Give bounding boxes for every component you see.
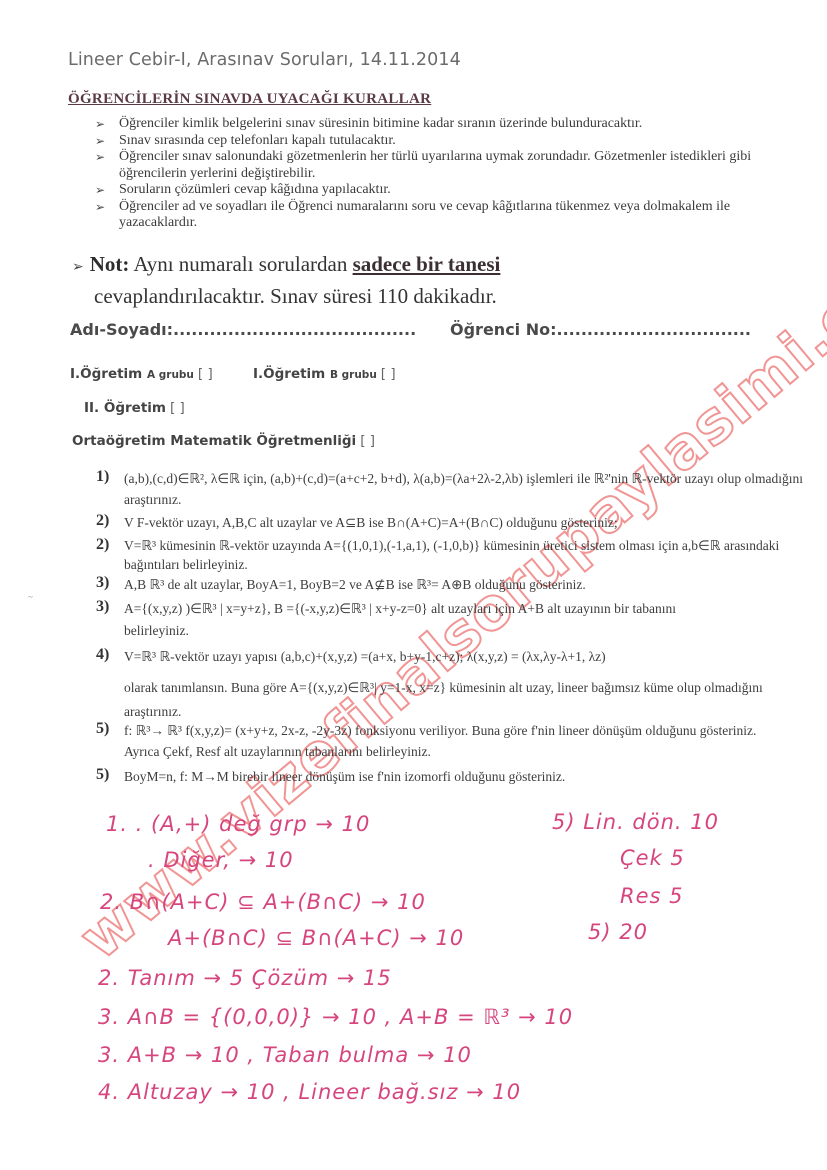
option-second-shift[interactable]: II. Öğretim[ ] xyxy=(84,400,185,416)
handwritten-note: 3. A∩B = {(0,0,0)} → 10 , A+B = ℝ³ → 10 xyxy=(98,1005,573,1029)
checkbox[interactable]: [ ] xyxy=(198,366,213,382)
rule-item: ➢Öğrenciler ad ve soyadları ile Öğrenci … xyxy=(95,199,795,232)
rules-list: ➢Öğrenciler kimlik belgelerini sınav sür… xyxy=(95,116,795,232)
checkbox[interactable]: [ ] xyxy=(381,366,396,382)
arrow-bullet-icon: ➢ xyxy=(95,182,119,199)
question-item: 5)f: ℝ³→ ℝ³ f(x,y,z)= (x+y+z, 2x-z, -2y-… xyxy=(96,720,816,762)
question-item: 1)(a,b),(c,d)∈ℝ², λ∈ℝ için, (a,b)+(c,d)=… xyxy=(96,468,816,510)
rule-item: ➢Soruların çözümleri cevap kâğıdına yapı… xyxy=(95,182,795,199)
handwritten-note: Çek 5 xyxy=(620,846,685,870)
question-item: 2)V=ℝ³ kümesinin ℝ-vektör uzayında A={(1… xyxy=(96,536,816,574)
arrow-bullet-icon: ➢ xyxy=(95,149,119,182)
checkbox[interactable]: [ ] xyxy=(170,400,185,416)
question-item: 3)A={(x,y,z) )∈ℝ³ | x=y+z}, B ={(-x,y,z)… xyxy=(96,598,816,642)
handwritten-note: Res 5 xyxy=(620,884,684,908)
rule-item: ➢Öğrenciler sınav salonundaki gözetmenle… xyxy=(95,149,795,182)
handwritten-note: 2. Tanım → 5 Çözüm → 15 xyxy=(98,966,392,990)
rule-item: ➢Sınav sırasında cep telefonları kapalı … xyxy=(95,133,795,150)
rule-item: ➢Öğrenciler kimlik belgelerini sınav sür… xyxy=(95,116,795,133)
exam-note: ➢Not: Aynı numaralı sorulardan sadece bi… xyxy=(72,250,500,311)
handwritten-note: 4. Altuzay → 10 , Lineer bağ.sız → 10 xyxy=(98,1080,521,1104)
arrow-bullet-icon: ➢ xyxy=(95,199,119,232)
handwritten-note: 5) 20 xyxy=(588,920,648,944)
checkbox[interactable]: [ ] xyxy=(360,433,375,449)
name-field[interactable]: Adı-Soyadı:.............................… xyxy=(70,320,416,339)
note-emphasis: sadece bir tanesi xyxy=(353,252,501,276)
note-line-2: cevaplandırılacaktır. Sınav süresi 110 d… xyxy=(72,282,500,311)
handwritten-note: 3. A+B → 10 , Taban bulma → 10 xyxy=(98,1043,472,1067)
arrow-bullet-icon: ➢ xyxy=(95,116,119,133)
question-item: 3)A,B ℝ³ de alt uzaylar, BoyA=1, BoyB=2 … xyxy=(96,574,816,595)
scan-artifact: ~ xyxy=(28,592,58,598)
handwritten-note: 2. B∩(A+C) ⊆ A+(B∩C) → 10 xyxy=(100,890,426,914)
option-secondary-math[interactable]: Ortaöğretim Matematik Öğretmenliği[ ] xyxy=(72,433,375,449)
student-no-field[interactable]: Öğrenci No:.............................… xyxy=(450,320,751,339)
option-first-shift-a[interactable]: I.Öğretim A grubu[ ] xyxy=(70,366,213,382)
arrow-bullet-icon: ➢ xyxy=(72,260,84,275)
option-first-shift-b[interactable]: I.Öğretim B grubu[ ] xyxy=(253,366,396,382)
question-item: 4)V=ℝ³ ℝ-vektör uzayı yapısı (a,b,c)+(x,… xyxy=(96,646,816,667)
exam-title: Lineer Cebir-I, Arasınav Soruları, 14.11… xyxy=(68,50,461,70)
rules-heading: ÖĞRENCİLERİN SINAVDA UYACAĞI KURALLAR xyxy=(68,91,431,108)
question-item: 5)BoyM=n, f: M→M birebir lineer dönüşüm … xyxy=(96,766,816,787)
handwritten-note: 1. . (A,+) değ grp → 10 xyxy=(106,812,370,836)
handwritten-note: A+(B∩C) ⊆ B∩(A+C) → 10 xyxy=(168,926,464,950)
handwritten-note: . Diğer, → 10 xyxy=(148,848,294,872)
handwritten-note: 5) Lin. dön. 10 xyxy=(552,810,719,834)
exam-page: www.vizefinalsorupaylasimi.com Lineer Ce… xyxy=(0,0,827,1170)
question-item-continued: olarak tanımlansın. Buna göre A={(x,y,z)… xyxy=(96,676,816,724)
question-item: 2)V F-vektör uzayı, A,B,C alt uzaylar ve… xyxy=(96,512,816,533)
note-label: Not: xyxy=(90,252,130,276)
arrow-bullet-icon: ➢ xyxy=(95,133,119,150)
